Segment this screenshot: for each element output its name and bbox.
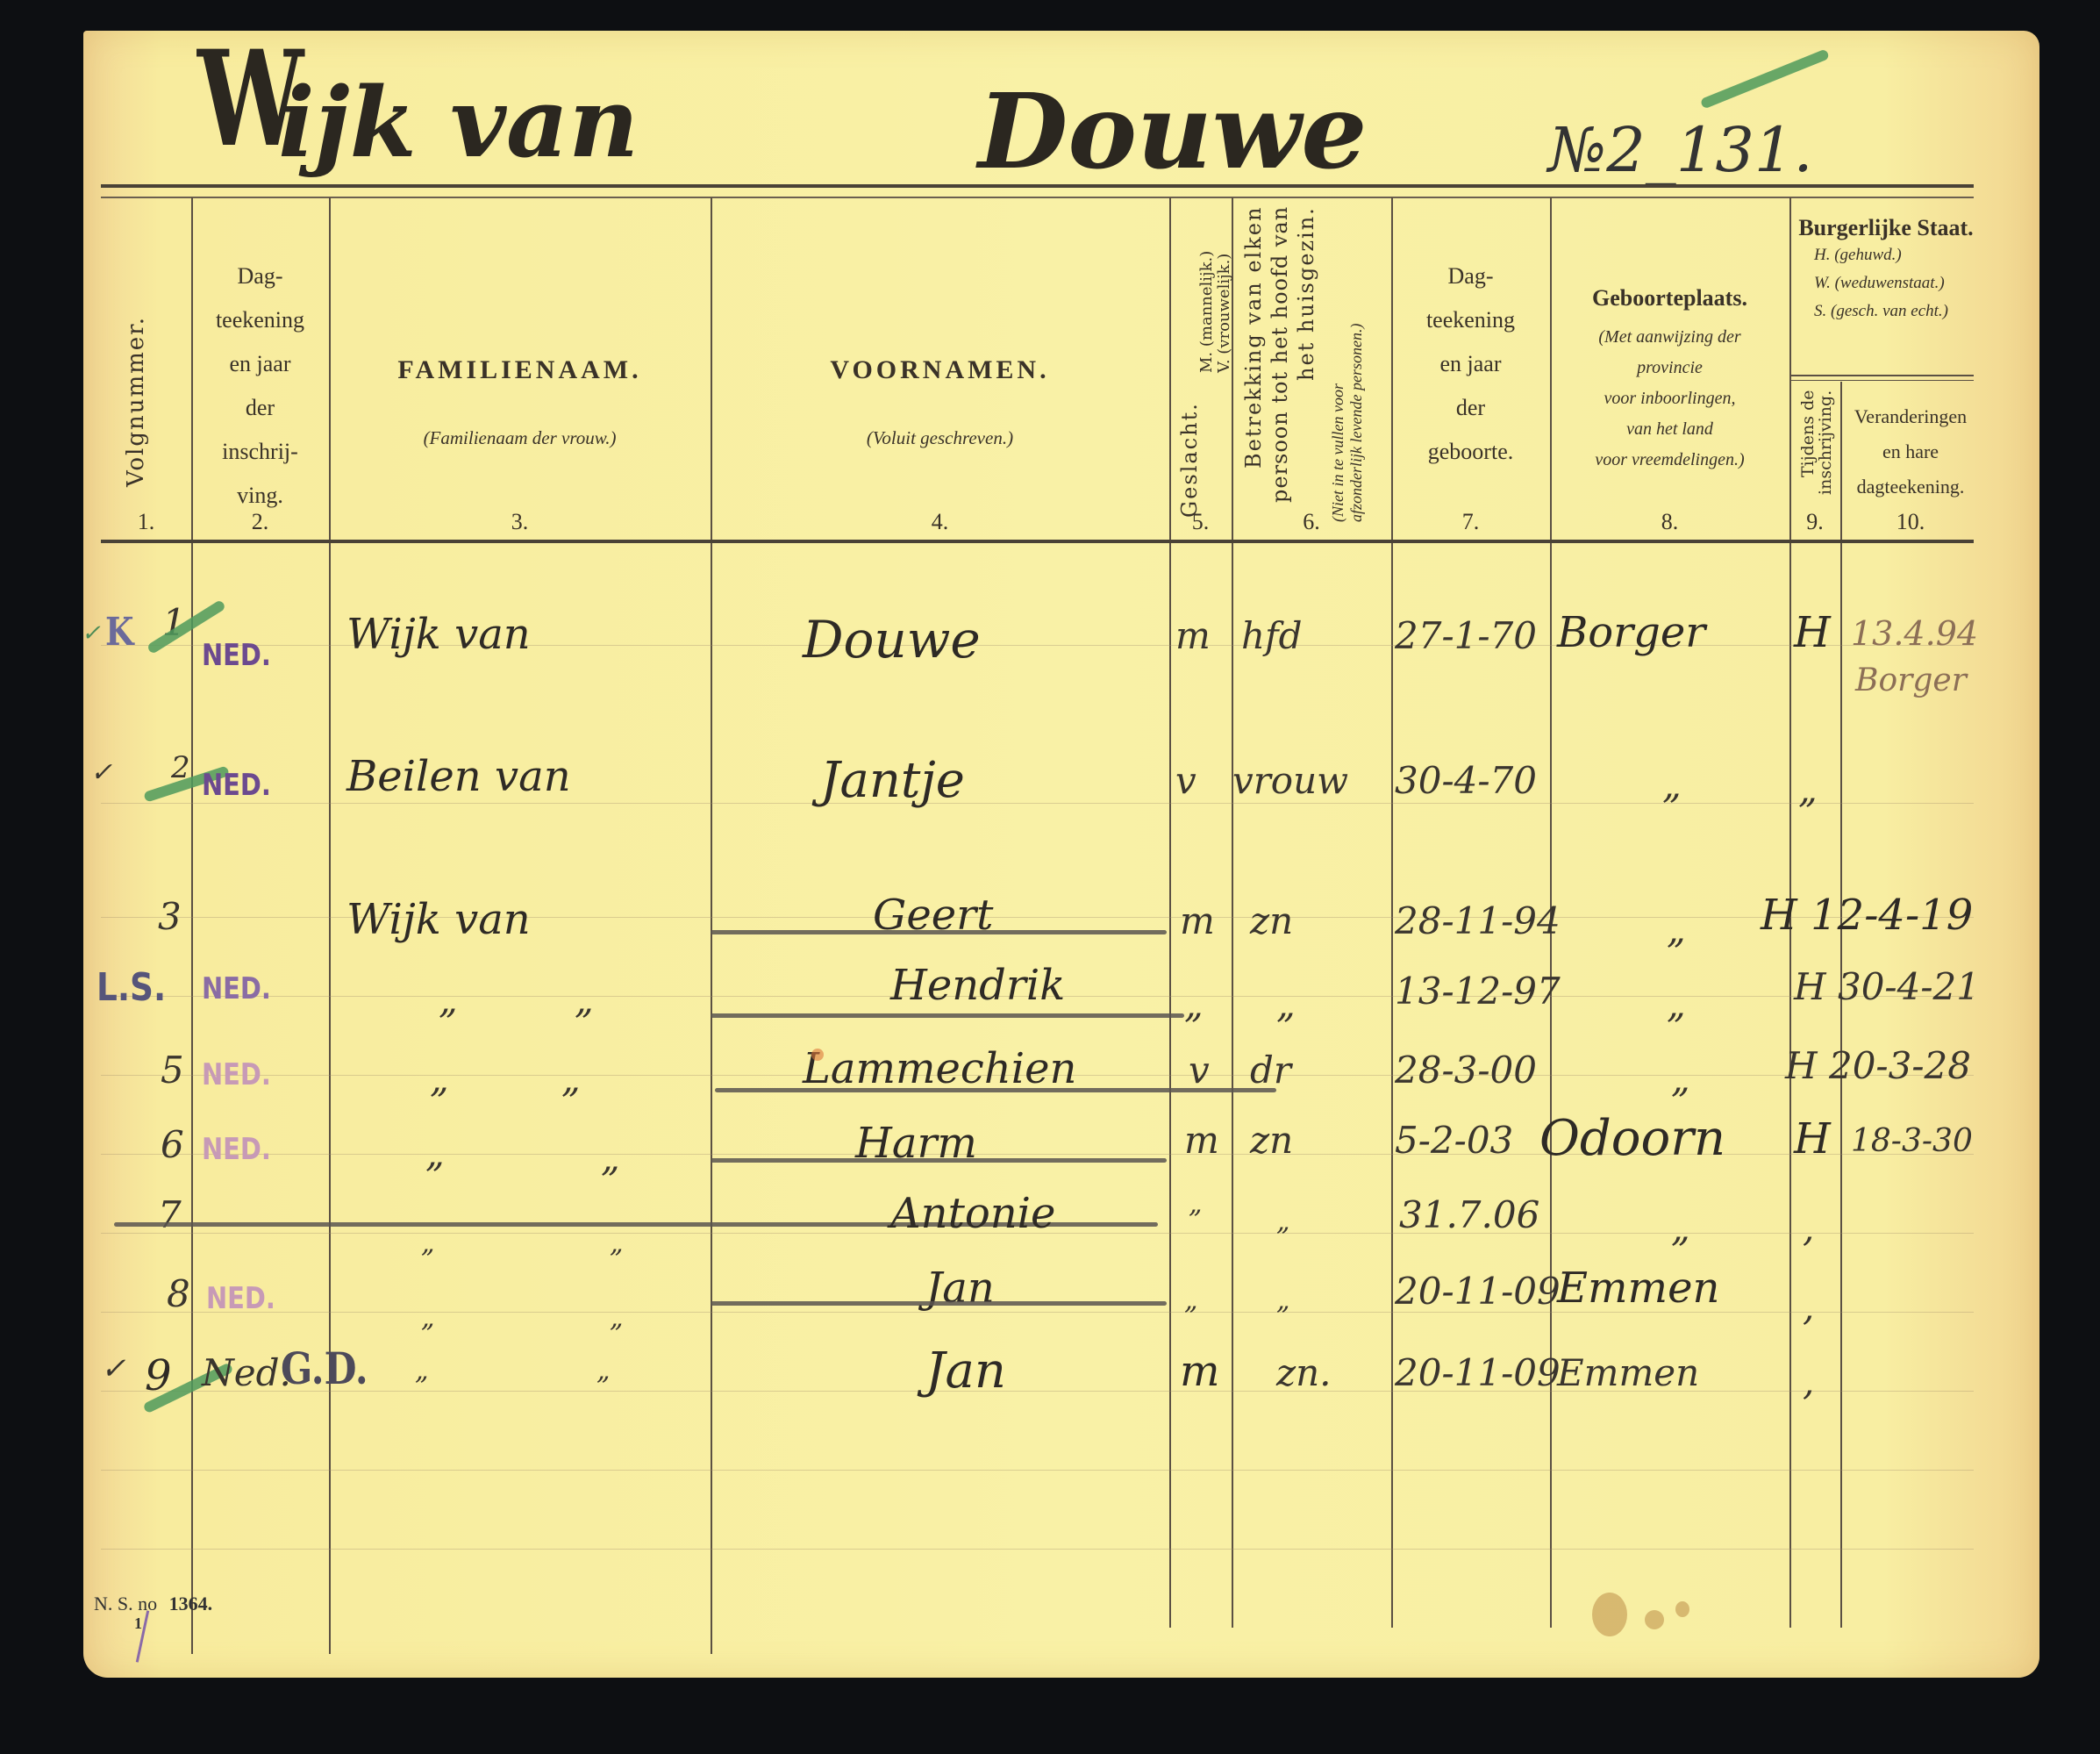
birth-date: 20-11-09 <box>1395 1270 1561 1313</box>
civil-status: „ <box>1798 768 1818 811</box>
title-surname-rest: ijk van <box>278 66 639 179</box>
firstname: Antonie <box>890 1189 1055 1238</box>
change-date: H 20-3-28 <box>1785 1044 1971 1087</box>
birth-date: 30-4-70 <box>1395 759 1537 802</box>
green-pencil-mark <box>1700 48 1830 109</box>
col2-header-line: en jaar <box>191 342 329 386</box>
civil-status: , <box>1803 1206 1814 1249</box>
col4-header: VOORNAMEN. (Voluit geschreven.) <box>711 355 1169 449</box>
birth-date: 20-11-09 <box>1395 1351 1561 1394</box>
civil-status-header: Burgerlijke Staat. H. (gehuwd.) W. (wedu… <box>1789 215 1982 326</box>
paper-stain <box>811 1049 824 1061</box>
form-number: N. S. no 1364. <box>94 1593 212 1615</box>
gd-stamp: G.D. <box>281 1342 368 1394</box>
birthplace: „ <box>1667 983 1686 1026</box>
row-number: 5 <box>161 1049 184 1092</box>
strikethrough-line <box>711 1013 1184 1018</box>
civil-status: , <box>1803 1285 1814 1328</box>
col-number: 6. <box>1232 509 1391 535</box>
change-date: 13.4.94 <box>1851 614 1978 653</box>
relation: zn <box>1250 899 1293 942</box>
col-divider-4 <box>1169 197 1171 1628</box>
col1-header: Volgnummer. <box>123 285 149 487</box>
surname: Wijk van <box>346 895 531 944</box>
col8-sub-line: (Met aanwijzing der <box>1550 322 1789 353</box>
sex: m <box>1184 1119 1219 1162</box>
col-divider-5 <box>1232 197 1233 1628</box>
sex: v <box>1189 1049 1210 1092</box>
nationality-stamp: NED. <box>202 1057 271 1092</box>
col6-header: het huisgezin. persoon tot het hoofd van… <box>1241 206 1318 522</box>
col2-header: Dag- teekening en jaar der inschrij- vin… <box>191 254 329 518</box>
surname: „ <box>439 978 458 1021</box>
sex: „ <box>1184 983 1204 1026</box>
paper-stain <box>1645 1610 1664 1629</box>
title-firstname: Douwe <box>978 70 1367 192</box>
firstname: Douwe <box>803 610 981 669</box>
birthplace: „ <box>1662 763 1682 806</box>
register-number: №2_131. <box>1548 114 1813 186</box>
surname-ditto: „ <box>610 1228 624 1259</box>
birthplace: „ <box>1671 1057 1690 1100</box>
col8-sub-line: provincie <box>1550 353 1789 383</box>
change-date: H 12-4-19 <box>1761 891 1973 940</box>
surname-ditto: „ <box>610 1303 624 1334</box>
birth-date: 28-11-94 <box>1395 899 1561 942</box>
col7-header-line: der <box>1391 386 1550 430</box>
birth-date: 5-2-03 <box>1395 1119 1513 1162</box>
firstname: Hendrik <box>890 961 1065 1010</box>
firstname: Jantje <box>820 752 965 809</box>
nationality-stamp: NED. <box>202 638 271 673</box>
paper-stain <box>1675 1601 1689 1617</box>
col6-sub-line: (Niet in te vullen voor <box>1329 206 1347 522</box>
civil-status: H <box>1794 608 1831 657</box>
col2-header-line: der <box>191 386 329 430</box>
surname: „ <box>421 1228 435 1259</box>
surname: „ <box>430 1057 449 1100</box>
surname: „ <box>425 1132 445 1175</box>
paper-stain <box>1592 1593 1627 1636</box>
col-number: 10. <box>1840 509 1981 535</box>
col5-header: Geslacht. <box>1177 377 1202 518</box>
col6-subheader: afzonderlijk levende personen.) (Niet in… <box>1329 206 1366 522</box>
col3-title: FAMILIENAAM. <box>329 355 711 385</box>
ruled-line <box>101 803 1974 804</box>
sex: v <box>1175 759 1196 802</box>
col7-header-line: teekening <box>1391 298 1550 342</box>
nationality-stamp: NED. <box>202 971 271 1006</box>
col7-header-line: Dag- <box>1391 254 1550 298</box>
nationality-handwritten: Ned. <box>202 1351 291 1394</box>
col-number: 2. <box>191 509 329 535</box>
col7-header-line: en jaar <box>1391 342 1550 386</box>
change-date: H 30-4-21 <box>1794 965 1980 1008</box>
row-number: 7 <box>158 1193 182 1236</box>
sex: „ <box>1184 1285 1198 1316</box>
header-bottom-rule <box>101 540 1974 543</box>
sex: m <box>1180 1347 1220 1396</box>
change-date: 18-3-30 <box>1851 1123 1973 1159</box>
col6-header-line: Betrekking van elken <box>1241 206 1266 522</box>
col5-sub-m: M. (mannelijk.) <box>1197 206 1216 373</box>
col-number: 9. <box>1789 509 1840 535</box>
relation: zn <box>1250 1119 1293 1162</box>
birth-date: 28-3-00 <box>1395 1049 1537 1092</box>
form-sub-number: 1 <box>134 1614 142 1633</box>
surname-ditto: „ <box>561 1057 581 1100</box>
col9-header-line: Tijdens de <box>1798 390 1818 477</box>
ruled-line <box>101 1549 1974 1550</box>
row-number: 3 <box>158 895 182 938</box>
title-surname: ijk van <box>278 66 639 179</box>
relation: hfd <box>1241 614 1302 657</box>
col4-subtitle: (Voluit geschreven.) <box>711 427 1169 449</box>
col-number: 7. <box>1391 509 1550 535</box>
check-mark: ✓ <box>90 757 112 788</box>
col6-header-line: persoon tot het hoofd van <box>1268 206 1292 522</box>
col10-header-line: dagteekening. <box>1840 469 1981 505</box>
col8-sub-line: voor vreemdelingen.) <box>1550 445 1789 476</box>
civil-status-s: S. (gesch. van echt.) <box>1789 297 1982 326</box>
col-number: 5. <box>1169 509 1232 535</box>
col6-sub-line: afzonderlijk levende personen.) <box>1347 206 1366 522</box>
surname: Beilen van <box>346 752 571 801</box>
surname: „ <box>421 1303 435 1334</box>
surname-ditto: „ <box>601 1136 620 1179</box>
margin-stamp-ls: L.S. <box>96 965 166 1010</box>
col8-header: Geboorteplaats. (Met aanwijzing der prov… <box>1550 285 1789 476</box>
col2-header-line: inschrij- <box>191 430 329 474</box>
birth-date: 27-1-70 <box>1395 614 1537 657</box>
civil-status: H <box>1794 1114 1831 1163</box>
birth-date: 31.7.06 <box>1399 1193 1539 1236</box>
birthplace: „ <box>1667 908 1686 951</box>
relation: „ <box>1276 1206 1290 1237</box>
col4-title: VOORNAMEN. <box>711 355 1169 385</box>
relation: dr <box>1250 1049 1291 1092</box>
civil-status: , <box>1803 1360 1814 1403</box>
sex: m <box>1180 899 1215 942</box>
birthplace: Borger <box>1557 608 1705 657</box>
birthplace: Emmen <box>1557 1351 1699 1394</box>
sex: m <box>1175 614 1211 657</box>
col3-header: FAMILIENAAM. (Familienaam der vrouw.) <box>329 355 711 449</box>
ruled-line <box>101 1470 1974 1471</box>
firstname: Lammechien <box>803 1044 1076 1093</box>
surname-ditto: „ <box>596 1356 611 1386</box>
row-number: 8 <box>167 1272 190 1315</box>
col-number: 1. <box>101 509 191 535</box>
col8-sub-line: voor inboorlingen, <box>1550 383 1789 414</box>
col10-header-line: en hare <box>1840 434 1981 469</box>
col-number: 4. <box>711 509 1169 535</box>
col8-sub-line: van het land <box>1550 414 1789 445</box>
col8-title: Geboorteplaats. <box>1550 285 1789 311</box>
birthplace: „ <box>1671 1206 1690 1249</box>
col9-header-line: inschrijving. <box>1816 390 1835 495</box>
strikethrough-line <box>711 930 1167 934</box>
birth-date: 13-12-97 <box>1395 970 1561 1013</box>
civil-status-title: Burgerlijke Staat. <box>1789 215 1982 241</box>
form-number-value: 1364. <box>169 1593 213 1614</box>
change-place: Borger <box>1855 662 1967 698</box>
col6-header-line: het huisgezin. <box>1294 206 1318 522</box>
col10-header: Veranderingen en hare dagteekening. <box>1840 399 1981 505</box>
civil-status-w: W. (weduwenstaat.) <box>1789 269 1982 297</box>
surname: Wijk van <box>346 610 531 659</box>
civil-status-divider <box>1789 375 1974 381</box>
surname: „ <box>415 1356 429 1386</box>
col3-subtitle: (Familienaam der vrouw.) <box>329 427 711 449</box>
col2-header-line: Dag- <box>191 254 329 298</box>
col9-header-2: inschrijving. <box>1816 390 1835 522</box>
relation: „ <box>1276 1285 1290 1316</box>
surname-ditto: „ <box>575 978 594 1021</box>
relation: zn. <box>1276 1351 1332 1394</box>
nationality-stamp: NED. <box>206 1281 275 1316</box>
relation: „ <box>1276 983 1296 1026</box>
header-top-rule <box>101 184 1974 198</box>
col-number: 3. <box>329 509 711 535</box>
col5-sub-v: V. (vrouwelijk.) <box>1215 206 1233 373</box>
relation: vrouw <box>1232 759 1348 802</box>
col2-header-line: teekening <box>191 298 329 342</box>
col9-header: Tijdens de <box>1798 390 1818 522</box>
firstname: Jan <box>925 1342 1006 1400</box>
col7-header-line: geboorte. <box>1391 430 1550 474</box>
col-number: 8. <box>1550 509 1789 535</box>
register-card: W ijk van Douwe №2_131. Volgnummer. Dag-… <box>83 31 2039 1678</box>
strikethrough-line <box>711 1158 1167 1163</box>
nationality-stamp: NED. <box>202 1132 271 1167</box>
birthplace: Odoorn <box>1539 1110 1725 1167</box>
nationality-stamp: NED. <box>202 768 271 803</box>
strikethrough-line <box>711 1301 1167 1306</box>
check-mark: ✓ <box>82 620 101 647</box>
row-number: 6 <box>161 1123 184 1166</box>
check-mark: ✓ <box>101 1351 126 1386</box>
sex: „ <box>1189 1189 1203 1220</box>
civil-status-h: H. (gehuwd.) <box>1789 241 1982 269</box>
birthplace: Emmen <box>1557 1264 1719 1313</box>
col7-header: Dag- teekening en jaar der geboorte. <box>1391 254 1550 474</box>
margin-stamp-k: K <box>105 610 134 655</box>
col10-header-line: Veranderingen <box>1840 399 1981 434</box>
